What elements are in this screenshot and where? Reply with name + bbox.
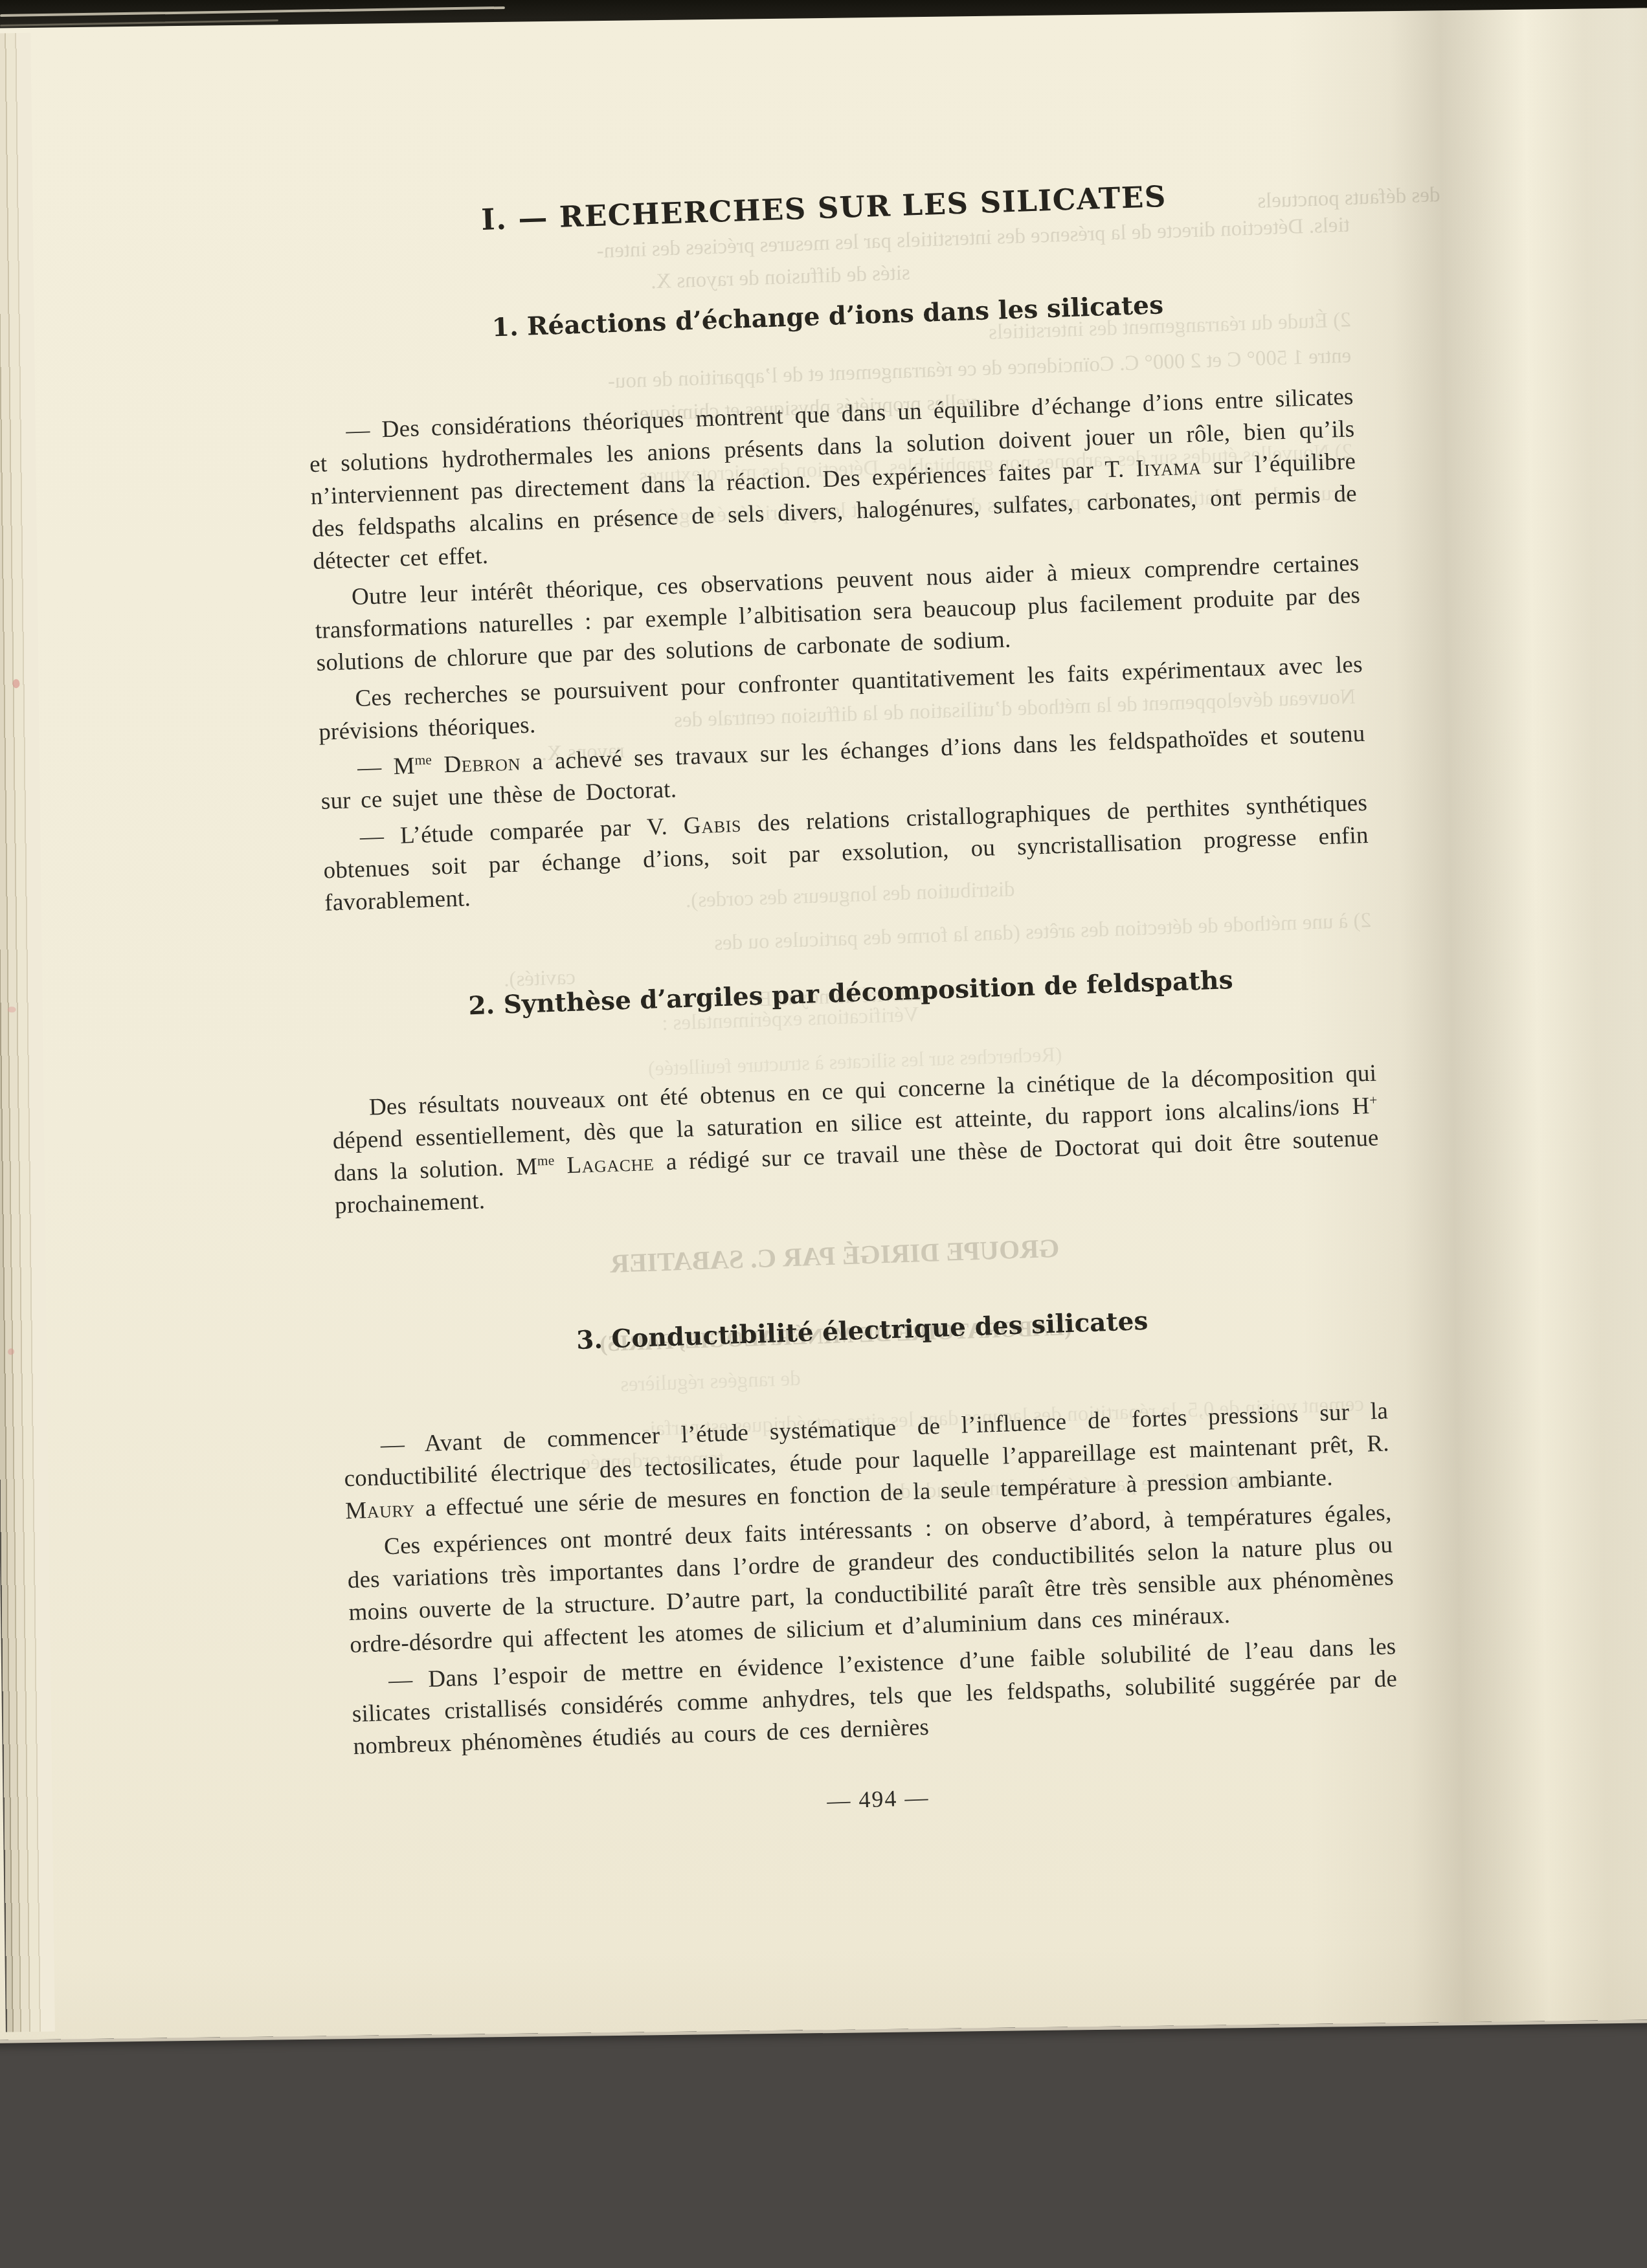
page-sheet: des défauts ponctuelstiels. Détection di… (0, 8, 1647, 2040)
section-heading: 3. Conductibilité électrique des silicat… (339, 1298, 1385, 1363)
footer-page-number: — 494 — (355, 1768, 1401, 1830)
section-heading: 1. Réactions d’échange d’ions dans les s… (305, 283, 1351, 349)
text-block: I. — RECHERCHES SUR LES SILICATES1. Réac… (301, 173, 1401, 1830)
section-heading: 2. Synthèse d’argiles par décomposition … (328, 961, 1374, 1026)
pink-edge-speck (8, 1348, 14, 1355)
page-stack-edges (0, 33, 55, 2032)
paragraph: Des résultats nouveaux ont été obtenus e… (331, 1058, 1380, 1223)
pink-edge-speck (12, 679, 19, 688)
paragraph: — Des considérations théoriques montrent… (308, 381, 1359, 578)
page-main-title: I. — RECHERCHES SUR LES SILICATES (301, 173, 1347, 243)
